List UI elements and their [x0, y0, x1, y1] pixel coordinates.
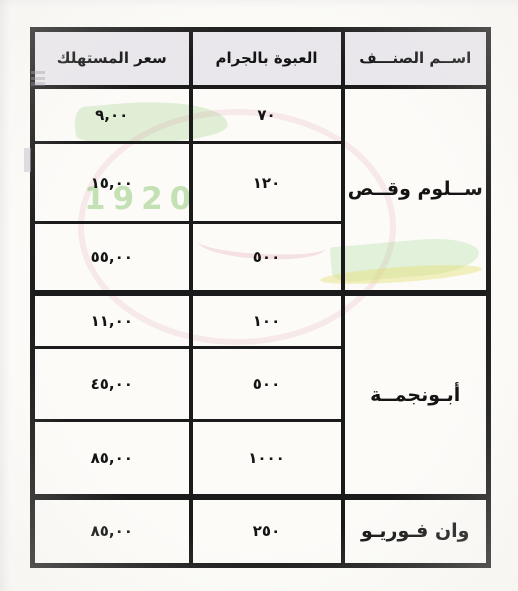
grams-cell: ٥٠٠ — [191, 348, 343, 421]
price-cell: ١١,٠٠ — [33, 293, 191, 348]
price-cell: ٨٥,٠٠ — [33, 421, 191, 497]
price-cell: ٥٥,٠٠ — [33, 223, 191, 293]
table-header-row: اســم الصنـــف العبوة بالجرام سعر المسته… — [33, 30, 489, 87]
table-row: ســلوم وقــص ٧٠ ٩,٠٠ — [33, 87, 489, 143]
grams-cell: ١٠٠ — [191, 293, 343, 348]
price-cell: ١٥,٠٠ — [33, 143, 191, 223]
scanned-page: 1920 اســم الصنـــف العبوة بالجرام سعر ا… — [0, 0, 518, 591]
price-cell: ٤٥,٠٠ — [33, 348, 191, 421]
scan-artifact — [31, 71, 45, 86]
header-item-name: اســم الصنـــف — [343, 30, 489, 87]
grams-cell: ١٠٠٠ — [191, 421, 343, 497]
header-package-grams: العبوة بالجرام — [191, 30, 343, 87]
category-cell-group1: ســلوم وقــص — [343, 87, 489, 293]
price-cell: ٨٥,٠٠ — [33, 497, 191, 566]
grams-cell: ١٢٠ — [191, 143, 343, 223]
price-table: اســم الصنـــف العبوة بالجرام سعر المسته… — [30, 27, 491, 568]
price-cell: ٩,٠٠ — [33, 87, 191, 143]
grams-cell: ٥٠٠ — [191, 223, 343, 293]
category-cell-group2: أبـونجمــة — [343, 293, 489, 497]
table-row: وان فـوريـو ٢٥٠ ٨٥,٠٠ — [33, 497, 489, 566]
scan-artifact — [24, 148, 31, 172]
grams-cell: ٢٥٠ — [191, 497, 343, 566]
table-row: أبـونجمــة ١٠٠ ١١,٠٠ — [33, 293, 489, 348]
grams-cell: ٧٠ — [191, 87, 343, 143]
header-consumer-price: سعر المستهلك — [33, 30, 191, 87]
category-cell-group3: وان فـوريـو — [343, 497, 489, 566]
